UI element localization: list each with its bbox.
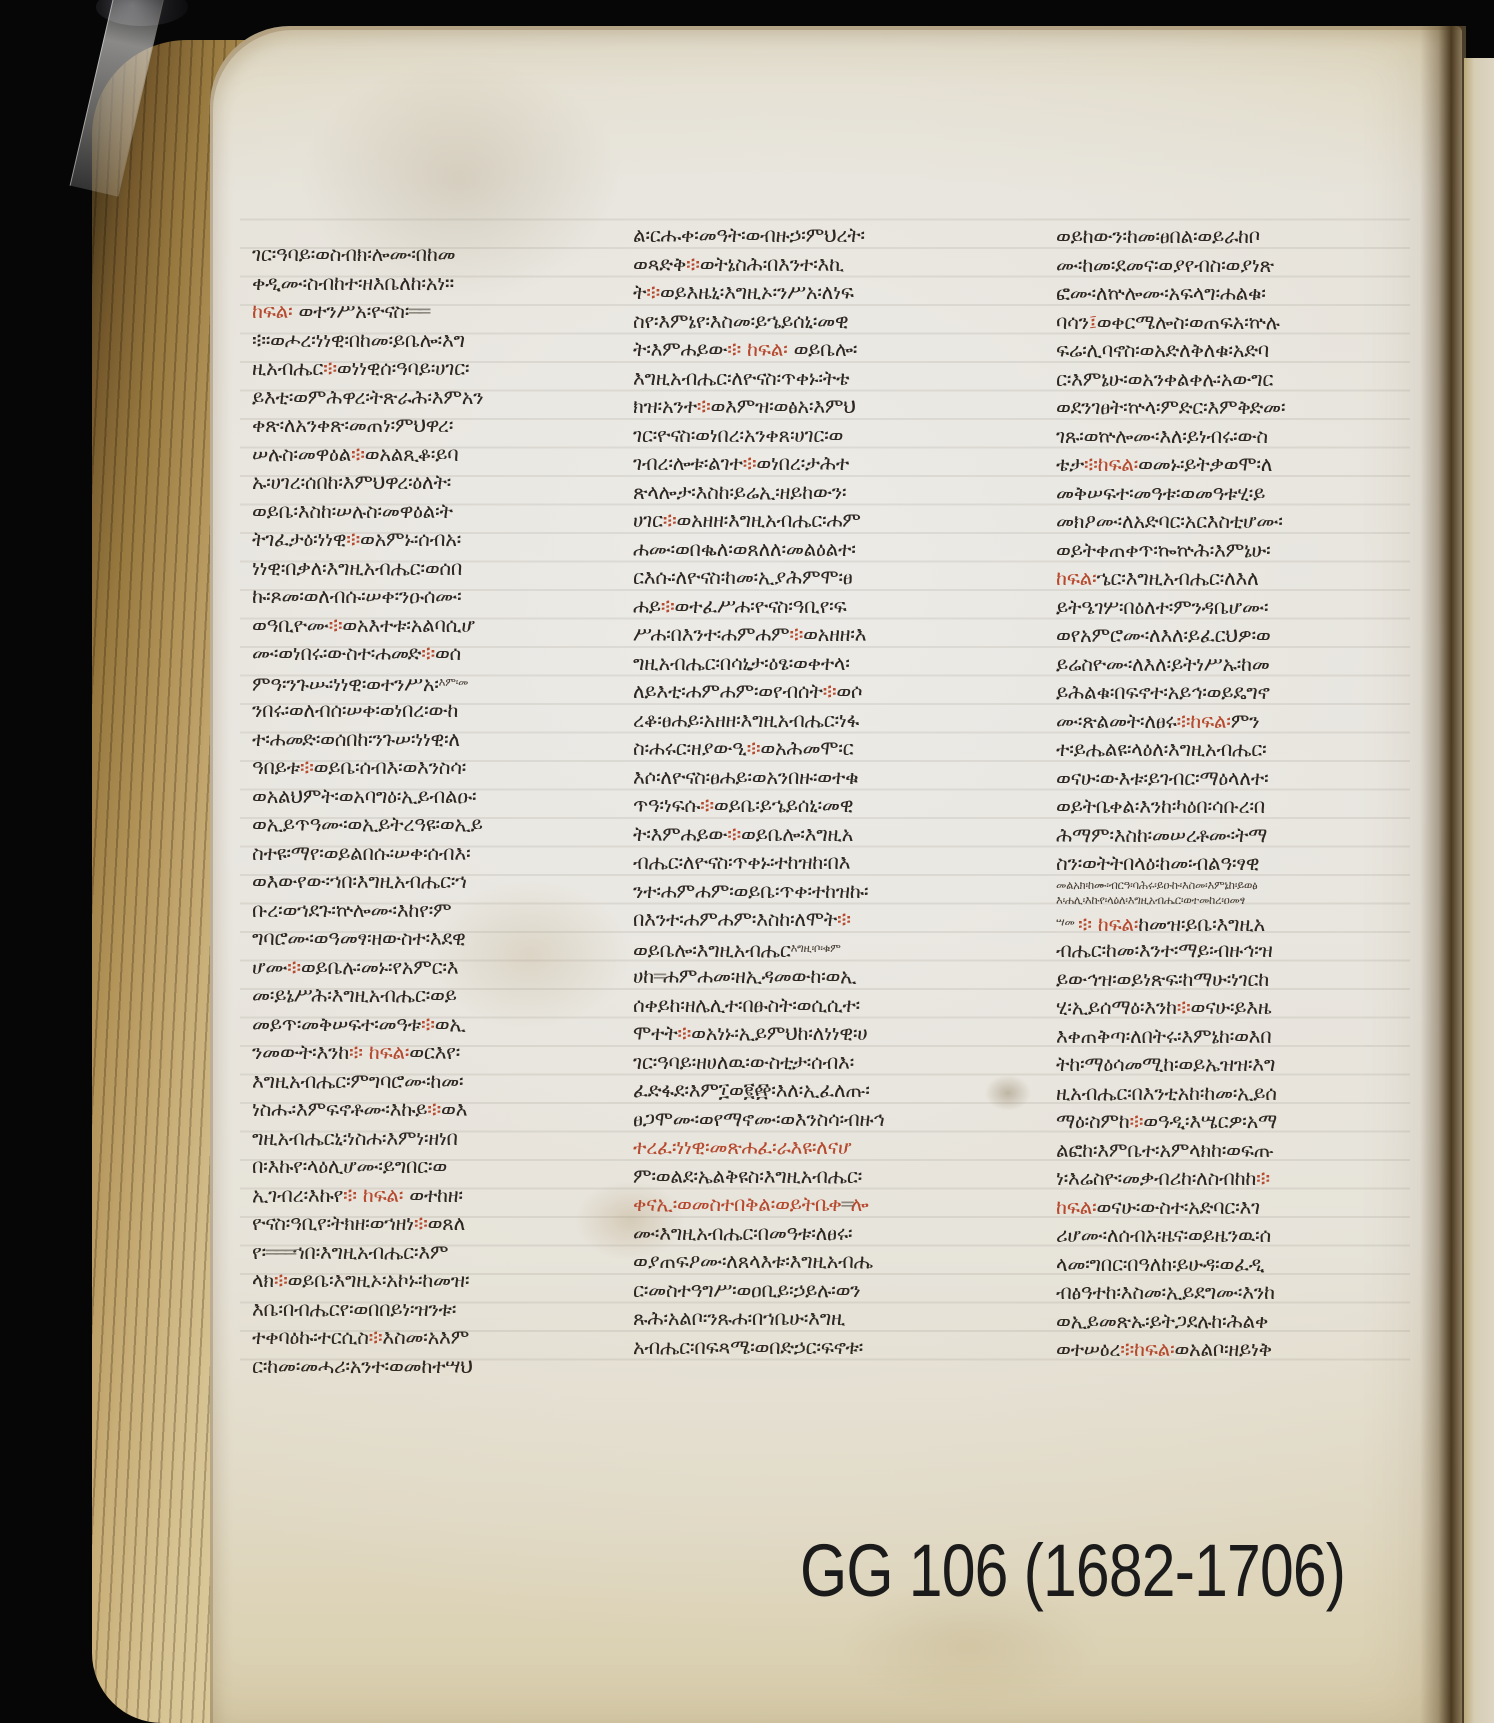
- small-gloss: እ፡ሐሊ፡እኩየ፡ላዕለ፡እግዚአብሔር፡ወተመከረ፡ዐመፃ: [1056, 893, 1245, 907]
- text-line: ረቆ፡ፀሐይ፡አዘዘ፡እግዚአብሔር፡ነፋ: [633, 706, 995, 735]
- black-ink: ሰቀይከ፡ዘሌሊተ፡በፁስት፡ወሲሲተ፡: [633, 993, 860, 1017]
- text-line: ተቀባዕኩ፡ተርሲስ፨እስመ፡አእም: [252, 1323, 644, 1352]
- black-ink: ወይከውን፡ከመ፡ፀበል፡ወይራከቦ: [1056, 224, 1260, 248]
- black-ink: ወየአምሮሙ፡ለእለ፡ይፈርህዎ፡ወ: [1056, 623, 1271, 647]
- text-line: ወአልህምት፡ወአባግዕ፡ኢይብልዑ፡: [252, 782, 644, 811]
- black-ink: ወይእዜኒ፡እግዚኦ፡ንሥአ፡ለነፍ: [660, 280, 854, 304]
- text-line: ፈድፋደ፡እም፲ወ፪፼፡እለ፡ኢፈለጡ፡: [633, 1076, 995, 1105]
- text-line: ር፡እምኔሁ፡ወአንቀልቀሉ፡አውግር: [1056, 365, 1406, 394]
- text-line: ቡረ፡ወኀደጉ፡ኵሎሙ፡እከየ፡ም: [252, 896, 644, 925]
- black-ink: ገር፡ዓባይ፡ዘሀለዉ፡ውስቲታ፡ሰብእ፡: [633, 1050, 854, 1074]
- text-line: ተ፡ሐመድ፡ወሰበከ፡ንጉሠ፡ነነዊ፡ለ: [252, 725, 644, 754]
- text-line: ስ፡ሐሩር፡ዘያውዒ፨ወአሕመሞ፡ር: [633, 734, 995, 763]
- black-ink: ነ፡እሬስዮ፡መቃብሪከ፡ለስብከከ: [1056, 1166, 1256, 1190]
- text-line: ሪሆሙ፡ለሰብአ፡ዜና፡ወይዜንዉ፡ሰ: [1056, 1221, 1406, 1250]
- text-line: ሕማም፡እስከ፡መሠረቶሙ፡ትማ: [1056, 821, 1406, 850]
- text-line: ላክ፨ወይቤ፡እግዚኦ፡አኮኑ፡ከመዝ፡: [252, 1266, 644, 1295]
- black-ink: ወኢይመጽኡ፡ይትጋደሉከ፡ሕልቀ: [1056, 1309, 1268, 1333]
- text-line: ንመውት፡እንከ፨ ከፍል፡ወርእየ፡: [252, 1038, 644, 1067]
- gloss-line: መልአክ፡ከሙ፡ብርዓ፡ባሕሩ፡ይዑኩ፡እስመ፡እምኔከ፡ይወፅ: [1056, 878, 1406, 893]
- text-line: መ፡ይኔሥሕ፡እግዚአብሔር፡ወይ: [252, 981, 644, 1010]
- black-ink: ጹሕ፡አልቦ፡ንጹሐ፡በኀቤሁ፡እግዚ: [633, 1306, 845, 1330]
- black-ink: የ፡: [252, 1240, 266, 1264]
- text-line: ም፡ወልደ፡ኤልቅዩስ፡እግዚአብሔር፡: [633, 1162, 995, 1191]
- text-line: ሂ፡ኢይሰማዕ፡እንከ፨ወናሁ፡ይእዜ: [1056, 993, 1406, 1022]
- text-line: ተረፈ፡ነነዊ፡መጽሐፈ፡ራእዩ፡ለናሆ: [633, 1133, 995, 1162]
- black-ink: ተቀባዕኩ፡ተርሲስ: [252, 1325, 369, 1349]
- text-line: በ፡እኩየ፡ላዕሊሆሙ፡ይግበር፡ወ: [252, 1152, 644, 1181]
- text-line: ሣመ ፨ ከፍል፡ከመዝ፡ይቤ፡እግዚአ: [1056, 908, 1406, 937]
- black-ink: መክዖሙ፡ለአድባር፡አርእስቲሆሙ፡: [1056, 509, 1283, 533]
- text-line: ሆሙ፨ወይቤሉ፡መኑ፡የአምር፡እ: [252, 953, 644, 982]
- line-filler: ═: [842, 1192, 851, 1216]
- black-ink: እግዚአብሔር፡ለዮናስ፡ጥቀኑ፡ትቴ: [633, 366, 849, 390]
- red-rubric: ፨: [686, 252, 700, 276]
- black-ink: ወይቤሎ፡እግዚአ: [741, 822, 853, 846]
- gutter-shadow: [1420, 26, 1466, 1723]
- red-rubric: ፨: [823, 679, 837, 703]
- red-rubric: ከፍል፡: [1056, 566, 1096, 590]
- black-ink: ወርእየ፡: [409, 1040, 460, 1064]
- red-rubric: ተረፈ፡ነነዊ፡መጽሐፈ፡ራእዩ፡ለናሆ: [633, 1135, 851, 1159]
- black-ink: ወይትቤቀል፡እንከ፡ካዕበ፡ሳቡረ፡በ: [1056, 794, 1265, 818]
- text-line: እቤ፡በብሔርየ፡ወበበይነ፡ዝንቱ፡: [252, 1295, 644, 1324]
- black-ink: ቡረ፡ወኀደጉ፡ኵሎሙ፡እከየ፡ም: [252, 898, 451, 922]
- text-line: ክዝ፡አንተ፨ወእምዝ፡ወፅአ፡እምህ: [633, 392, 995, 421]
- black-ink: ሠሉስ፡መዋዕል: [252, 442, 351, 466]
- text-line: ነስሑ፡እምፍኖቶሙ፡እኩይ፨ወእ: [252, 1095, 644, 1124]
- text-line: ከፍል፡ኄር፡እግዚአብሔር፡ለእለ: [1056, 564, 1406, 593]
- black-ink: ሙ፡እግዚአብሔር፡በመዓቱ፡ለፀሩ፡: [633, 1221, 852, 1245]
- black-ink: ብሔር፡ከመ፡እንተ፡ማይ፡ብዙኅ፡ዝ: [1056, 938, 1273, 962]
- small-gloss: መልአክ፡ከሙ፡ብርዓ፡ባሕሩ፡ይዑኩ፡እስመ፡እምኔከ፡ይወፅ: [1056, 878, 1257, 892]
- black-ink: ወመኑ፡ይትቃወሞ፡ለ: [1138, 452, 1272, 476]
- black-ink: ነነዊ፡በቃለ፡እግዚአብሔር፡ወሰበ: [252, 556, 462, 580]
- red-rubric: ፨: [346, 527, 360, 551]
- red-rubric: ፨: [663, 508, 677, 532]
- black-ink: ወኢ: [435, 1012, 466, 1036]
- black-ink: ሐይ: [633, 594, 661, 618]
- text-line: ለይእቲ፡ሐምሐም፡ወየብሰት፨ወሶ: [633, 677, 995, 706]
- black-ink: ወይቤ፡እስከ፡ሠሉስ፡መዋዕል፡ት: [252, 499, 453, 523]
- text-line: ወይትቤቀል፡እንከ፡ካዕበ፡ሳቡረ፡በ: [1056, 792, 1406, 821]
- black-ink: ዮናስ፡ዓቢየ፡ትክዘ፡ወኀዘነ: [252, 1211, 414, 1235]
- text-line: ፀጋሞሙ፡ወየማኖሙ፡ወእንስሳ፡ብዙኅ: [633, 1105, 995, 1134]
- black-ink: ርእሱ፡ለዮናስ፡ከመ፡ኢያሕምሞ፡ፀ: [633, 565, 852, 589]
- black-ink: ፈድፋደ፡እም፲ወ፪፼፡እለ፡ኢፈለጡ፡: [633, 1078, 870, 1102]
- black-ink: ወይቤ፡ይኄይሰኒ፡መዊ: [714, 793, 853, 817]
- black-ink: ሥሐ፡በእንተ፡ሐምሐም: [633, 622, 789, 646]
- text-line: ትከ፡ማዕሳመሚከ፡ወይኤዝዝ፡እግ: [1056, 1050, 1406, 1079]
- text-line: ሀገር፨ወአዘዘ፡እግዚአብሔር፡ሐም: [633, 506, 995, 535]
- black-ink: ወናሁ፡ውእቱ፡ይገብር፡ማዕላለተ፡: [1056, 766, 1268, 790]
- text-line: ሙ፡ወነበሩ፡ውስተ፡ሐመድ፨ወሰ: [252, 639, 644, 668]
- black-ink: ወይቤ፡እግዚኦ፡አኮኑ፡ከመዝ፡: [288, 1268, 470, 1292]
- black-ink: እቀጠቅጣ፡ለበትሩ፡እምኔከ፡ወእበ: [1056, 1024, 1271, 1048]
- text-line: ላመ፡ግበር፡በዓለከ፡ይሁዳ፡ወፈዲ: [1056, 1250, 1406, 1279]
- text-line: ወናሁ፡ውእቱ፡ይገብር፡ማዕላለተ፡: [1056, 764, 1406, 793]
- text-line: ግዚአብሔርኒ፡ነስሐ፡እምነ፡ዘነበ: [252, 1124, 644, 1153]
- text-line: ዚአብሔር፡በእንቲአከ፡ከመ፡ኢይሰ: [1056, 1079, 1406, 1108]
- text-line: ግዚአብሔር፡በሳኒታ፡ዕፄ፡ወቀተላ፡: [633, 649, 995, 678]
- red-rubric: ፤: [1089, 310, 1097, 334]
- black-ink: ሪሆሙ፡ለሰብአ፡ዜና፡ወይዜንዉ፡ሰ: [1056, 1223, 1271, 1247]
- black-ink: ቀጽ፡ለአንቀጽ፡መጠነ፡ምህዋረ፡: [252, 413, 453, 437]
- black-ink: ኀበ፡እግዚአብሔር፡እም: [293, 1240, 448, 1264]
- black-ink: ትገፈታዕ፡ነነዊ: [252, 527, 346, 551]
- black-ink: ም፡ወልደ፡ኤልቅዩስ፡እግዚአብሔር፡: [633, 1164, 862, 1188]
- red-rubric: ፨: [274, 1268, 288, 1292]
- black-ink: ት፡እምሐይው: [633, 822, 727, 846]
- black-ink: ለይእቲ፡ሐምሐም፡ወየብሰት: [633, 679, 823, 703]
- red-rubric: ፨: [351, 442, 365, 466]
- black-ink: ፨፡ወሖረ፡ነነዊ፡በከመ፡ይቤሎ፡እግ: [252, 328, 465, 352]
- black-ink: ወነነዊሰ፡ዓባይ፡ሀገር፡: [337, 356, 469, 380]
- text-column-left: ገር፡ዓባይ፡ወስብክ፡ሎሙ፡በከመቀዲሙ፡ስብከተ፡ዘእቤለከ፡አነ።ከፍል፡…: [252, 240, 644, 1375]
- text-line: ር፡መስተዓግሥ፡ወዐቢይ፡ኃይሉ፡ወን: [633, 1276, 995, 1305]
- black-ink: ስ፡ሐሩር፡ዘያውዒ: [633, 736, 747, 760]
- black-ink: ዚአብሔር: [252, 356, 323, 380]
- text-line: ል፡ርሑቀ፡መዓት፡ወብዙኃ፡ምህረት፡: [633, 221, 995, 250]
- text-line: ባሳን፤ወቀርሜሎስ፡ወጠፍአ፡ኵሉ: [1056, 308, 1406, 337]
- black-ink: ጥዓ፡ነፍሱ: [633, 793, 700, 817]
- black-ink: ሆሙ: [252, 955, 287, 979]
- text-line: ንተ፡ሐምሐም፡ወይቤ፡ጥቀ፡ተከዝኩ፡: [633, 877, 995, 906]
- black-ink: ሐሙ፡ወበቈለ፡ወጸለለ፡መልዕልተ፡: [633, 537, 856, 561]
- text-line: ሥሐ፡በእንተ፡ሐምሐም፨ወአዘዘ፡እ: [633, 620, 995, 649]
- black-ink: ር፡መስተዓግሥ፡ወዐቢይ፡ኃይሉ፡ወን: [633, 1278, 860, 1302]
- black-ink: ገብረ፡ሎቱ፡ልገተ: [633, 451, 743, 475]
- black-ink: ወአምኑ፡ሰብአ፡: [360, 527, 461, 551]
- text-line: ስን፡ወትትበላዕ፡ከመ፡ብልዓ፡ፃዊ: [1056, 849, 1406, 878]
- red-rubric: ፨ከፍል፡: [1177, 709, 1231, 733]
- text-line: ገር፡ዓባይ፡ወስብክ፡ሎሙ፡በከመ: [252, 240, 644, 269]
- text-line: ልፎከ፡እምቤተ፡አምላክከ፡ወፍጡ: [1056, 1136, 1406, 1165]
- text-line: ጽላሎታ፡እስከ፡ይሬኢ፡ዘይከውን፡: [633, 478, 995, 507]
- black-ink: ላክ: [252, 1268, 274, 1292]
- text-line: ጹሕ፡አልቦ፡ንጹሐ፡በኀቤሁ፡እግዚ: [633, 1304, 995, 1333]
- red-rubric: ፨: [677, 1021, 691, 1045]
- line-filler: ═: [654, 964, 663, 988]
- black-ink: ወተሠዕረ: [1056, 1337, 1120, 1361]
- text-line: ወይትቀጠቀጥ፡ኰኵሕ፡እምኔሁ፡: [1056, 536, 1406, 565]
- black-ink: ሙ፡ወነበሩ፡ውስተ፡ሐመድ: [252, 641, 421, 665]
- small-gloss: እግዚ፡ቦ፡ቁም: [791, 941, 841, 955]
- black-ink: ፍሬ፡ሊባኖስ፡ወአድለቅለቁ፡አድባ: [1056, 338, 1269, 362]
- red-rubric: ፨: [700, 793, 714, 817]
- red-rubric: ፨: [421, 641, 435, 665]
- black-ink: ሂ፡ኢይሰማዕ፡እንከ: [1056, 995, 1177, 1019]
- text-line: ወእውየው፡ኀበ፡እግዚአብሔር፡ኀ: [252, 867, 644, 896]
- text-line: ፍሬ፡ሊባኖስ፡ወአድለቅለቁ፡አድባ: [1056, 336, 1406, 365]
- text-line: ወያጠፍዖሙ፡ለጸላእቱ፡እግዚአብሔ: [633, 1247, 995, 1276]
- black-ink: ወቀርሜሎስ፡ወጠፍአ፡ኵሉ: [1097, 310, 1280, 334]
- text-line: ኢገብረ፡እኩየ፨ ከፍል፡ ወተከዘ፡: [252, 1181, 644, 1210]
- text-line: ወተሠዕረ፨ከፍል፡ወአልቦ፡ዘይነቅ: [1056, 1335, 1406, 1364]
- black-ink: ንተ፡ሐምሐም፡ወይቤ፡ጥቀ፡ተከዝኩ፡: [633, 879, 868, 903]
- red-rubric: ፨ ከፍል፡: [349, 1040, 409, 1064]
- black-ink: ንመውት፡እንከ: [252, 1040, 349, 1064]
- text-line: ነነዊ፡በቃለ፡እግዚአብሔር፡ወሰበ: [252, 554, 644, 583]
- black-ink: ባሳን: [1056, 310, 1089, 334]
- black-ink: ር፡ከመ፡መሓሪ፡አንተ፡ወመከተሣህ: [252, 1354, 473, 1376]
- black-ink: ት: [633, 280, 646, 304]
- text-line: ቀናኢ፡ወመስተበቅል፡ወይትቤቀ═ሎ: [633, 1190, 995, 1219]
- text-line: ይትዔገሦ፡በዕለተ፡ምንዳቤሆሙ፡: [1056, 593, 1406, 622]
- text-line: እቀጠቅጣ፡ለበትሩ፡እምኔከ፡ወእበ: [1056, 1022, 1406, 1051]
- black-ink: ገጹ፡ወኵሎሙ፡እለ፡ይነብሩ፡ውስ: [1056, 424, 1268, 448]
- text-line: ዮናስ፡ዓቢየ፡ትክዘ፡ወኀዘነ፨ወጸለ: [252, 1209, 644, 1238]
- text-line: ወይቤሎ፡እግዚአብሔርእግዚ፡ቦ፡ቁም: [633, 934, 995, 963]
- red-rubric: ፨: [323, 356, 337, 380]
- black-ink: ወአነኑ፡ኢይምህከ፡ለነነዊ፡ሀ: [691, 1021, 867, 1045]
- text-line: ኡ፡ሀገረ፡ሰበከ፡እምህዋረ፡ዕለት፡: [252, 468, 644, 497]
- red-rubric: ፨: [414, 1211, 428, 1235]
- text-line: ስየ፡እምኔየ፡እስመ፡ይኄይሰኒ፡መዊ: [633, 307, 995, 336]
- text-line: ገብረ፡ሎቱ፡ልገተ፨ወነበረ፡ታሕተ: [633, 449, 995, 478]
- black-ink: ቀዲሙ፡ስብከተ፡ዘእቤለከ፡አነ።: [252, 271, 454, 295]
- red-rubric: ሎ: [851, 1192, 869, 1216]
- text-line: ሀከ═ሐምሐመ፡ዘኢዳመውከ፡ወኢ: [633, 962, 995, 991]
- text-line: ገር፡ዓባይ፡ዘሀለዉ፡ውስቲታ፡ሰብእ፡: [633, 1048, 995, 1077]
- black-ink: ይሬስዮሙ፡ለእለ፡ይትነሥኡ፡ከመ: [1056, 652, 1270, 676]
- text-line: ንበሩ፡ወለብሰ፡ሠቀ፡ወነበረ፡ውከ: [252, 696, 644, 725]
- small-gloss: ሣመ: [1056, 915, 1078, 929]
- gloss-line: እ፡ሐሊ፡እኩየ፡ላዕለ፡እግዚአብሔር፡ወተመከረ፡ዐመፃ: [1056, 893, 1406, 908]
- black-ink: ረቆ፡ፀሐይ፡አዘዘ፡እግዚአብሔር፡ነፋ: [633, 708, 859, 732]
- black-ink: ግዚአብሔርኒ፡ነስሐ፡እምነ፡ዘነበ: [252, 1126, 458, 1150]
- black-ink: ር፡እምኔሁ፡ወአንቀልቀሉ፡አውግር: [1056, 367, 1273, 391]
- text-line: ነ፡እሬስዮ፡መቃብሪከ፡ለስብከከ፨: [1056, 1164, 1406, 1193]
- text-line: ት፡እምሐይው፨ወይቤሎ፡እግዚአ: [633, 820, 995, 849]
- black-ink: ማዕ፡ስምከ: [1056, 1109, 1130, 1133]
- black-ink: ወይቤሎ፡እግዚአብሔር: [633, 938, 791, 962]
- black-ink: ሙ፡ጽልመት፡ለፀሩ: [1056, 709, 1177, 733]
- black-ink: ዚአብሔር፡በእንቲአከ፡ከመ፡ኢይሰ: [1056, 1081, 1277, 1105]
- red-rubric: ፨: [1177, 995, 1191, 1019]
- text-line: መቅሠፍተ፡መዓቱ፡ወመዓቱሂ፡ይ: [1056, 479, 1406, 508]
- text-line: ብሔር፡ከመ፡እንተ፡ማይ፡ብዙኅ፡ዝ: [1056, 936, 1406, 965]
- text-line: ቀዲሙ፡ስብከተ፡ዘእቤለከ፡አነ።: [252, 269, 644, 298]
- black-ink: ወሰ: [435, 641, 461, 665]
- text-line: ብሔር፡ለዮናስ፡ጥቀኑ፡ተከዝከ፡በእ: [633, 848, 995, 877]
- black-ink: ክዝ፡አንተ: [633, 394, 697, 418]
- black-ink: ወተንሥአ፡ዮናስ፡: [299, 299, 410, 323]
- facing-page-edge: [1464, 58, 1494, 1723]
- black-ink: ምን: [1231, 709, 1260, 733]
- text-line: የ፡═══ኀበ፡እግዚአብሔር፡እም: [252, 1238, 644, 1267]
- red-rubric: ፨: [789, 622, 803, 646]
- black-ink: እቤ፡በብሔርየ፡ወበበይነ፡ዝንቱ፡: [252, 1297, 456, 1321]
- black-ink: ወዓዲ፡እሤርዎ፡አማ: [1143, 1109, 1277, 1133]
- black-ink: ሀገር: [633, 508, 663, 532]
- black-ink: ወኢይጥዓሙ፡ወኢይትረዓዩ፡ወኢይ: [252, 812, 483, 836]
- red-rubric: ፨ ከፍል፡: [727, 337, 793, 361]
- black-ink: ወናሁ፡ይእዜ: [1191, 995, 1272, 1019]
- red-rubric: ፨ከፍል፡: [1084, 452, 1138, 476]
- black-ink: ወይቤሉ፡መኑ፡የአምር፡እ: [301, 955, 458, 979]
- text-line: በእንተ፡ሐምሐም፡እስከ፡ለሞት፨: [633, 905, 995, 934]
- text-line: ሞተት፨ወአነኑ፡ኢይምህከ፡ለነነዊ፡ሀ: [633, 1019, 995, 1048]
- text-line: እግዚአብሔር፡ምግባሮሙ፡ከመ፡: [252, 1067, 644, 1096]
- red-rubric: ፨: [661, 594, 675, 618]
- black-ink: ሞተት: [633, 1021, 677, 1045]
- text-column-right: ወይከውን፡ከመ፡ፀበል፡ወይራከቦሙ፡ከመ፡ደመና፡ወያየብስ፡ወያነጽፎሙ፡…: [1056, 222, 1406, 1382]
- text-line: መክዖሙ፡ለአድባር፡አርእስቲሆሙ፡: [1056, 507, 1406, 536]
- red-rubric: ፨: [747, 736, 761, 760]
- text-line: ወይቤ፡እስከ፡ሠሉስ፡መዋዕል፡ት: [252, 497, 644, 526]
- black-ink: ወይቤሎ፡: [794, 337, 858, 361]
- red-rubric: ፨ከፍል፡: [1120, 1337, 1174, 1361]
- text-line: ወደንገፀት፡ኵላ፡ምድር፡እምቅድመ፡: [1056, 393, 1406, 422]
- black-ink: ወአልቦ፡ዘይነቅ: [1174, 1337, 1271, 1361]
- black-ink: ወአልጺቆ፡ይባ: [365, 442, 459, 466]
- text-line: ተ፡ይሔልዩ፡ላዕለ፡እግዚአብሔር፡: [1056, 735, 1406, 764]
- text-line: እሶ፡ለዮናስ፡ፀሐይ፡ወአንበዙ፡ወተቁ: [633, 763, 995, 792]
- black-ink: መይጥ፡መቅሠፍተ፡መዓቱ: [252, 1012, 421, 1036]
- black-ink: ወዓቢዮሙ: [252, 613, 329, 637]
- black-ink: ገር፡ዮናስ፡ወነበረ፡አንቀጸ፡ሀገር፡ወ: [633, 423, 843, 447]
- red-rubric: ከፍል፡: [252, 299, 299, 323]
- black-ink: ወነበረ፡ታሕተ: [756, 451, 849, 475]
- shelfmark-caption: GG 106 (1682-1706): [800, 1528, 1345, 1613]
- black-ink: በ፡እኩየ፡ላዕሊሆሙ፡ይግበር፡ወ: [252, 1154, 447, 1178]
- black-ink: ንበሩ፡ወለብሰ፡ሠቀ፡ወነበረ፡ውከ: [252, 698, 458, 722]
- red-rubric: ፨: [646, 280, 660, 304]
- text-line: ገር፡ዮናስ፡ወነበረ፡አንቀጸ፡ሀገር፡ወ: [633, 421, 995, 450]
- text-line: ቀጽ፡ለአንቀጽ፡መጠነ፡ምህዋረ፡: [252, 411, 644, 440]
- black-ink: ት፡እምሐይው: [633, 337, 727, 361]
- black-ink: እስመ፡አእም: [382, 1325, 469, 1349]
- black-ink: ወአእተቱ፡አልባሲሆ: [342, 613, 474, 637]
- text-line: ከፍል፡ ወተንሥአ፡ዮናስ፡══: [252, 297, 644, 326]
- red-rubric: ፨: [743, 451, 757, 475]
- red-rubric: ፨ ከፍል፡: [343, 1183, 409, 1207]
- red-rubric: ፨: [300, 755, 314, 779]
- text-line: ፎሙ፡ለኵሎሙ፡አፍላግ፡ሐልቁ፡: [1056, 279, 1406, 308]
- text-line: ዓበይቱ፨ወይቤ፡ሰብእ፡ወእንስሳ፡: [252, 753, 644, 782]
- text-line: ማዕ፡ስምከ፨ወዓዲ፡እሤርዎ፡አማ: [1056, 1107, 1406, 1136]
- red-rubric: ፨: [837, 907, 851, 931]
- black-ink: ገር፡ዓባይ፡ወስብክ፡ሎሙ፡በከመ: [252, 242, 455, 266]
- black-ink: ይሕልቁ፡በፍኖተ፡አይኅ፡ወይዴግኖ: [1056, 680, 1270, 704]
- black-ink: ነስሑ፡እምፍኖቶሙ፡እኩይ: [252, 1097, 427, 1121]
- black-ink: ወይቤ፡ሰብእ፡ወእንስሳ፡: [314, 755, 466, 779]
- black-ink: ወአሕመሞ፡ር: [760, 736, 853, 760]
- black-ink: ወደንገፀት፡ኵላ፡ምድር፡እምቅድመ፡: [1056, 395, 1285, 419]
- text-line: ትገፈታዕ፡ነነዊ፨ወአምኑ፡ሰብአ፡: [252, 525, 644, 554]
- black-ink: እሶ፡ለዮናስ፡ፀሐይ፡ወአንበዙ፡ወተቁ: [633, 765, 858, 789]
- black-ink: ዓበይቱ: [252, 755, 300, 779]
- black-ink: ወአዘዘ፡እ: [803, 622, 866, 646]
- text-line: ት፡እምሐይው፨ ከፍል፡ ወይቤሎ፡: [633, 335, 995, 364]
- red-rubric: ፨: [697, 394, 711, 418]
- text-line: ይእቲ፡ወምሕዋረ፡ትጽራሕ፡እምአን: [252, 383, 644, 412]
- text-line: ይውኅዝ፡ወይነጽፍ፡ከማሁ፡ነገርከ: [1056, 965, 1406, 994]
- red-rubric: ፨: [369, 1325, 383, 1349]
- line-filler: ══: [409, 299, 427, 323]
- text-line: ጥዓ፡ነፍሱ፨ወይቤ፡ይኄይሰኒ፡መዊ: [633, 791, 995, 820]
- text-line: ሐሙ፡ወበቈለ፡ወጸለለ፡መልዕልተ፡: [633, 535, 995, 564]
- black-ink: ወተፈሥሐ፡ዮናስ፡ዓቢየ፡ፍ: [675, 594, 847, 618]
- text-line: ኩ፡ጾመ፡ወለብሱ፡ሠቀ፡ንዑሰሙ፡: [252, 582, 644, 611]
- black-ink: ወትኔስሕ፡በእንተ፡እኪ: [700, 252, 844, 276]
- black-ink: ይውኅዝ፡ወይነጽፍ፡ከማሁ፡ነገርከ: [1056, 967, 1269, 991]
- red-rubric: ከፍል፡: [1056, 1195, 1096, 1219]
- text-line: ወዓቢዮሙ፨ወአእተቱ፡አልባሲሆ: [252, 611, 644, 640]
- black-ink: ሐምሐመ፡ዘኢዳመውከ፡ወኢ: [663, 964, 856, 988]
- black-ink: ወእምዝ፡ወፅአ፡እምህ: [711, 394, 856, 418]
- text-line: ይሕልቁ፡በፍኖተ፡አይኅ፡ወይዴግኖ: [1056, 678, 1406, 707]
- black-ink: ልፎከ፡እምቤተ፡አምላክከ፡ወፍጡ: [1056, 1138, 1273, 1162]
- black-ink: ምዓ፡ንጉሡ፡ነነዊ፡ወተንሥአ፡: [252, 672, 439, 696]
- red-rubric: ፨ ከፍል፡: [1078, 912, 1138, 936]
- text-line: ት፨ወይእዜኒ፡እግዚኦ፡ንሥአ፡ለነፍ: [633, 278, 995, 307]
- black-ink: ወአልህምት፡ወአባግዕ፡ኢይብልዑ፡: [252, 784, 476, 808]
- red-rubric: ፨: [421, 1012, 435, 1036]
- text-line: ቴታ፨ከፍል፡ወመኑ፡ይትቃወሞ፡ለ: [1056, 450, 1406, 479]
- manuscript-photo: ገር፡ዓባይ፡ወስብክ፡ሎሙ፡በከመቀዲሙ፡ስብከተ፡ዘእቤለከ፡አነ።ከፍል፡…: [0, 0, 1494, 1723]
- text-line: እግዚአብሔር፡ለዮናስ፡ጥቀኑ፡ትቴ: [633, 364, 995, 393]
- text-line: ፨፡ወሖረ፡ነነዊ፡በከመ፡ይቤሎ፡እግ: [252, 326, 644, 355]
- black-ink: ጽላሎታ፡እስከ፡ይሬኢ፡ዘይከውን፡: [633, 480, 846, 504]
- black-ink: ወጸለ: [428, 1211, 465, 1235]
- red-rubric: ፨: [329, 613, 343, 637]
- black-ink: መቅሠፍተ፡መዓቱ፡ወመዓቱሂ፡ይ: [1056, 481, 1265, 505]
- black-ink: ስተዩ፡ማየ፡ወይልበሱ፡ሠቀ፡ሰብእ፡: [252, 841, 470, 865]
- black-ink: ሕማም፡እስከ፡መሠረቶሙ፡ትማ: [1056, 823, 1267, 847]
- line-filler: ═══: [266, 1240, 293, 1264]
- red-rubric: ቀናኢ፡ወመስተበቅል፡ወይትቤቀ: [633, 1192, 842, 1216]
- black-ink: ተ፡ይሔልዩ፡ላዕለ፡እግዚአብሔር፡: [1056, 737, 1266, 761]
- black-ink: ወአዘዘ፡እግዚአብሔር፡ሐም: [677, 508, 861, 532]
- black-ink: ግባሮሙ፡ወዓመፃ፡ዘውስተ፡እደዊ: [252, 926, 466, 950]
- black-ink: ወእ: [441, 1097, 467, 1121]
- black-ink: ወጻድቅ: [633, 252, 686, 276]
- black-ink: ሀከ: [633, 964, 654, 988]
- black-ink: ኢገብረ፡እኩየ: [252, 1183, 343, 1207]
- black-ink: መ፡ይኔሥሕ፡እግዚአብሔር፡ወይ: [252, 983, 457, 1007]
- text-line: ወይከውን፡ከመ፡ፀበል፡ወይራከቦ: [1056, 222, 1406, 251]
- red-rubric: ፨: [1130, 1109, 1144, 1133]
- text-line: ስተዩ፡ማየ፡ወይልበሱ፡ሠቀ፡ሰብእ፡: [252, 839, 644, 868]
- black-ink: ስየ፡እምኔየ፡እስመ፡ይኄይሰኒ፡መዊ: [633, 309, 848, 333]
- black-ink: ወያጠፍዖሙ፡ለጸላእቱ፡እግዚአብሔ: [633, 1249, 873, 1273]
- text-line: ይሬስዮሙ፡ለእለ፡ይትነሥኡ፡ከመ: [1056, 650, 1406, 679]
- black-ink: ወሶ: [836, 679, 862, 703]
- black-ink: ግዚአብሔር፡በሳኒታ፡ዕፄ፡ወቀተላ፡: [633, 651, 850, 675]
- black-ink: ወተከዘ፡: [409, 1183, 463, 1207]
- black-ink: ትከ፡ማዕሳመሚከ፡ወይኤዝዝ፡እግ: [1056, 1052, 1275, 1076]
- text-line: ዚአብሔር፨ወነነዊሰ፡ዓባይ፡ሀገር፡: [252, 354, 644, 383]
- black-ink: እግዚአብሔር፡ምግባሮሙ፡ከመ፡: [252, 1069, 463, 1093]
- black-ink: ወናሁ፡ውስተ፡አድባር፡እገ: [1096, 1195, 1259, 1219]
- text-line: ወየአምሮሙ፡ለእለ፡ይፈርህዎ፡ወ: [1056, 621, 1406, 650]
- black-ink: ይእቲ፡ወምሕዋረ፡ትጽራሕ፡እምአን: [252, 385, 483, 409]
- black-ink: ከመዝ፡ይቤ፡እግዚአ: [1138, 912, 1265, 936]
- text-line: ብፅዓተከ፡እስመ፡ኢይደግሙ፡እንከ: [1056, 1278, 1406, 1307]
- text-line: ወኢይጥዓሙ፡ወኢይትረዓዩ፡ወኢይ: [252, 810, 644, 839]
- text-line: አብሔር፡በፍጻሜ፡ወበድኃር፡ፍኖቱ፡: [633, 1333, 995, 1362]
- text-line: መይጥ፡መቅሠፍተ፡መዓቱ፨ወኢ: [252, 1010, 644, 1039]
- text-line: ር፡ከመ፡መሓሪ፡አንተ፡ወመከተሣህ: [252, 1352, 644, 1376]
- text-line: ሙ፡እግዚአብሔር፡በመዓቱ፡ለፀሩ፡: [633, 1219, 995, 1248]
- black-ink: ወእውየው፡ኀበ፡እግዚአብሔር፡ኀ: [252, 869, 467, 893]
- black-ink: በእንተ፡ሐምሐም፡እስከ፡ለሞት: [633, 907, 837, 931]
- black-ink: ሙ፡ከመ፡ደመና፡ወያየብስ፡ወያነጽ: [1056, 253, 1274, 277]
- black-ink: ፎሙ፡ለኵሎሙ፡አፍላግ፡ሐልቁ፡: [1056, 281, 1266, 305]
- text-line: ገጹ፡ወኵሎሙ፡እለ፡ይነብሩ፡ውስ: [1056, 422, 1406, 451]
